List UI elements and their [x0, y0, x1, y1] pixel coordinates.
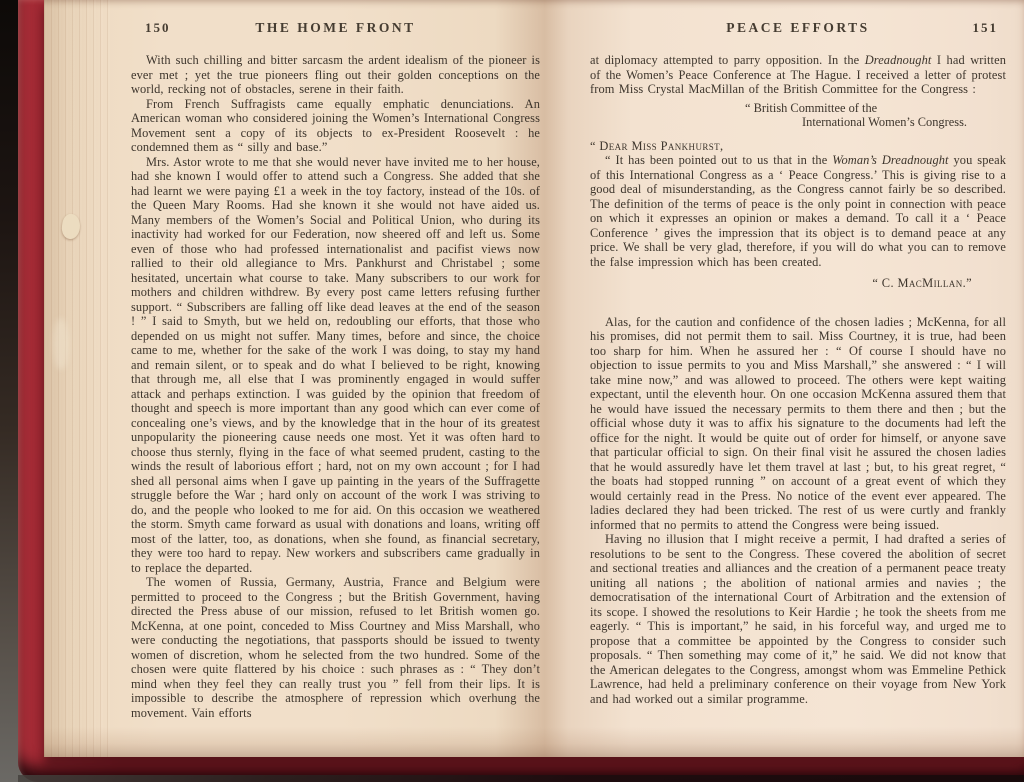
book-bottom-shadow: [18, 775, 1024, 782]
letter-address-line: International Women’s Congress.: [590, 115, 1006, 130]
paragraph: With such chilling and bitter sarcasm th…: [131, 53, 540, 97]
page-edge-scuff: [53, 318, 69, 370]
right-running-head: PEACE EFFORTS: [590, 20, 1006, 36]
letter-salutation: “ Dear Miss Pankhurst,: [590, 139, 1006, 154]
book-photo-scene: 150 THE HOME FRONT With such chilling an…: [0, 0, 1024, 782]
paragraph: The women of Russia, Germany, Austria, F…: [131, 575, 540, 720]
right-folio: 151: [973, 20, 999, 36]
desk-surface-left: [0, 0, 20, 782]
left-page: 150 THE HOME FRONT With such chilling an…: [131, 20, 540, 720]
paragraph: Mrs. Astor wrote to me that she would ne…: [131, 155, 540, 576]
letter-address-line: “ British Committee of the: [590, 101, 1006, 116]
page-bottom-edge: [44, 727, 1024, 757]
left-running-head: THE HOME FRONT: [131, 20, 540, 36]
right-page-header: PEACE EFFORTS 151: [590, 20, 1006, 42]
letter-body: “ It has been pointed out to us that in …: [590, 153, 1006, 269]
page-edge-stack: [44, 0, 112, 757]
letter-signature: “ C. MacMillan.”: [590, 276, 1006, 291]
paragraph: at diplomacy attempted to parry oppositi…: [590, 53, 1006, 97]
letter-address: “ British Committee of the International…: [590, 101, 1006, 130]
paragraph: Having no illusion that I might receive …: [590, 532, 1006, 706]
paragraph: Alas, for the caution and confidence of …: [590, 315, 1006, 533]
right-page: PEACE EFFORTS 151 at diplomacy attempted…: [590, 20, 1006, 706]
paragraph: From French Suffragists came equally emp…: [131, 97, 540, 155]
left-page-header: 150 THE HOME FRONT: [131, 20, 540, 42]
